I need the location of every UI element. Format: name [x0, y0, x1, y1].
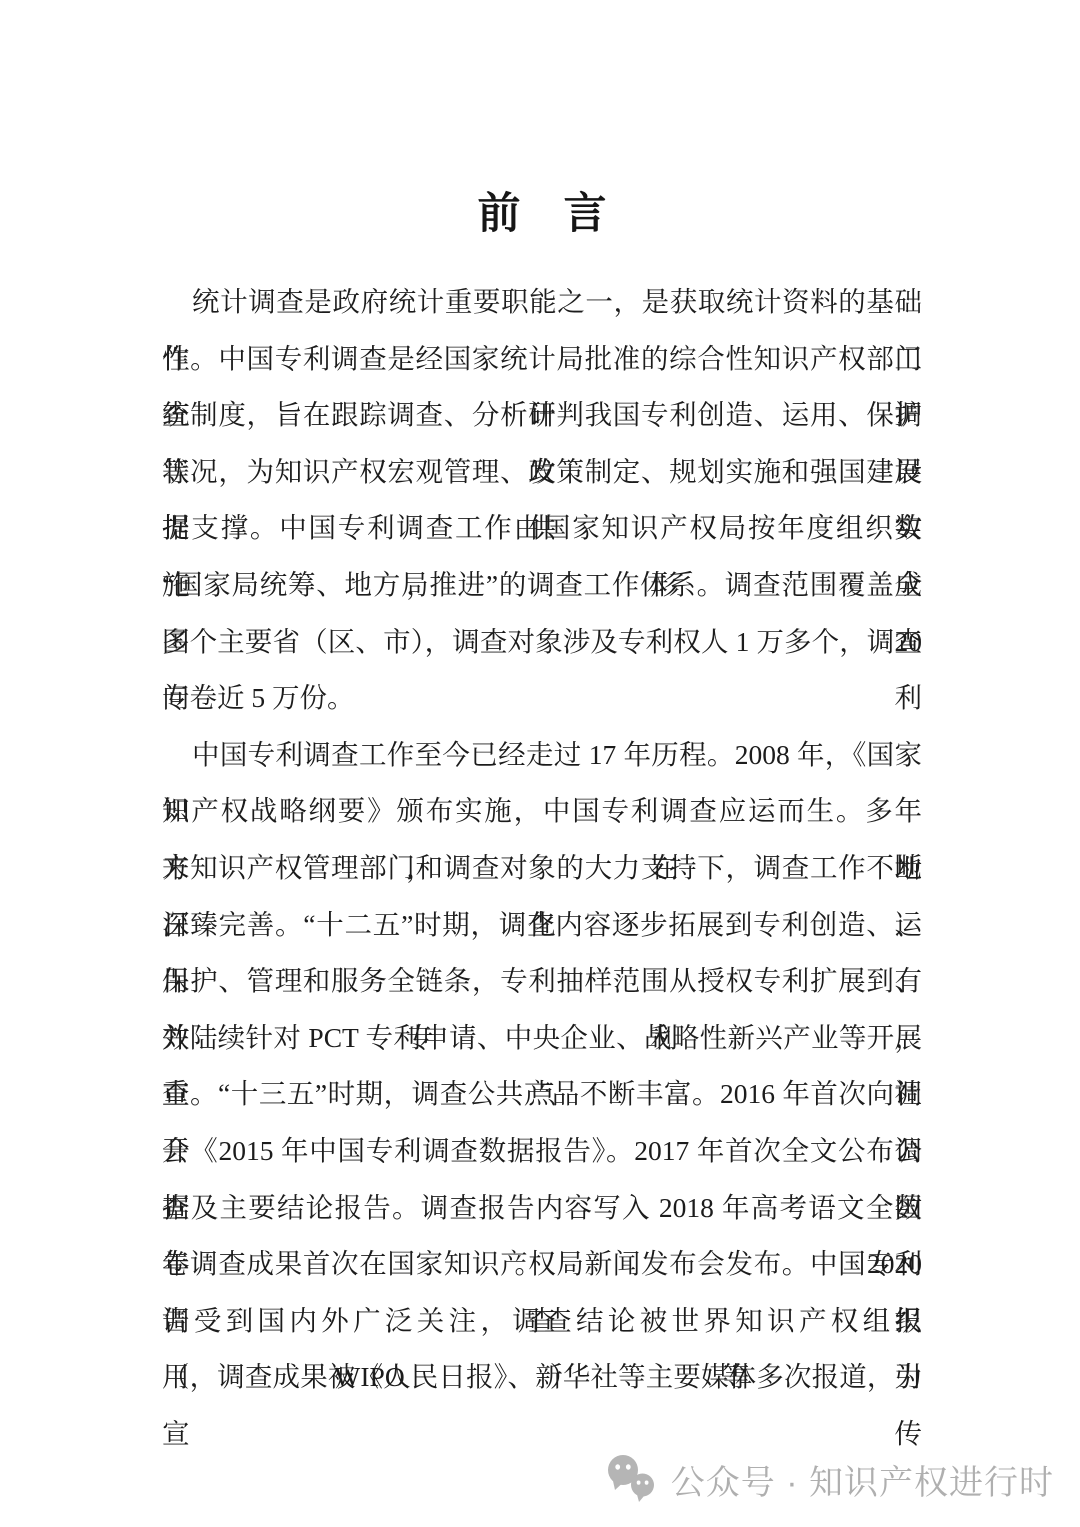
text-line: 年调查成果首次在国家知识产权局新闻发布会发布。中国专利调查报: [162, 1236, 922, 1293]
text-line: 日臻完善。“十二五”时期，调查内容逐步拓展到专利创造、运用、: [162, 897, 922, 954]
text-line: 多个主要省（区、市），调查对象涉及专利权人 1 万多个，调查专利: [162, 614, 922, 671]
text-line: 识产权战略纲要》颁布实施，中国专利调查应运而生。多年来，在地: [162, 783, 922, 840]
text-line: 状况，为知识产权宏观管理、政策制定、规划实施和强国建设提供数: [162, 444, 922, 501]
text-line: 告受到国内外广泛关注，调查结论被世界知识产权组织（WIPO）等引: [162, 1293, 922, 1350]
document-page: 前 言 统计调查是政府统计重要职能之一，是获取统计资料的基础性工作。中国专利调查…: [0, 0, 1080, 1527]
text-line: 保护、管理和服务全链条，专利抽样范围从授权专利扩展到有效专利，: [162, 953, 922, 1010]
body-text: 统计调查是政府统计重要职能之一，是获取统计资料的基础性工作。中国专利调查是经国家…: [162, 274, 922, 1406]
watermark: 公众号 · 知识产权进行时: [604, 1454, 1054, 1504]
text-line: 用，调查成果被《人民日报》、新华社等主要媒体多次报道，为宣传: [162, 1349, 922, 1406]
text-line: 并陆续针对 PCT 专利申请、中央企业、战略性新兴产业等开展重点调: [162, 1010, 922, 1067]
text-line: 查制度，旨在跟踪调查、分析研判我国专利创造、运用、保护等发展: [162, 387, 922, 444]
text-line: 统计调查是政府统计重要职能之一，是获取统计资料的基础性工: [162, 274, 922, 331]
text-line: 开《2015 年中国专利调查数据报告》。2017 年首次全文公布调查数: [162, 1123, 922, 1180]
text-line: 查。“十三五”时期，调查公共产品不断丰富。2016 年首次向社会公: [162, 1066, 922, 1123]
page-title: 前 言: [162, 186, 922, 244]
text-line: “国家局统筹、地方局推进”的调查工作体系。调查范围覆盖全国 20: [162, 557, 922, 614]
text-line: 据支撑。中国专利调查工作由国家知识产权局按年度组织实施，形成: [162, 500, 922, 557]
watermark-text: 公众号 · 知识产权进行时: [671, 1455, 1054, 1504]
wechat-icon: [604, 1454, 658, 1504]
text-line: 作。中国专利调查是经国家统计局批准的综合性知识产权部门统计调: [162, 331, 922, 388]
text-line: 方知识产权管理部门和调查对象的大力支持下，调查工作不断深化、: [162, 840, 922, 897]
text-line: 据及主要结论报告。调查报告内容写入 2018 年高考语文全国卷。2020: [162, 1180, 922, 1237]
text-line: 中国专利调查工作至今已经走过 17 年历程。2008 年，《国家知: [162, 727, 922, 784]
